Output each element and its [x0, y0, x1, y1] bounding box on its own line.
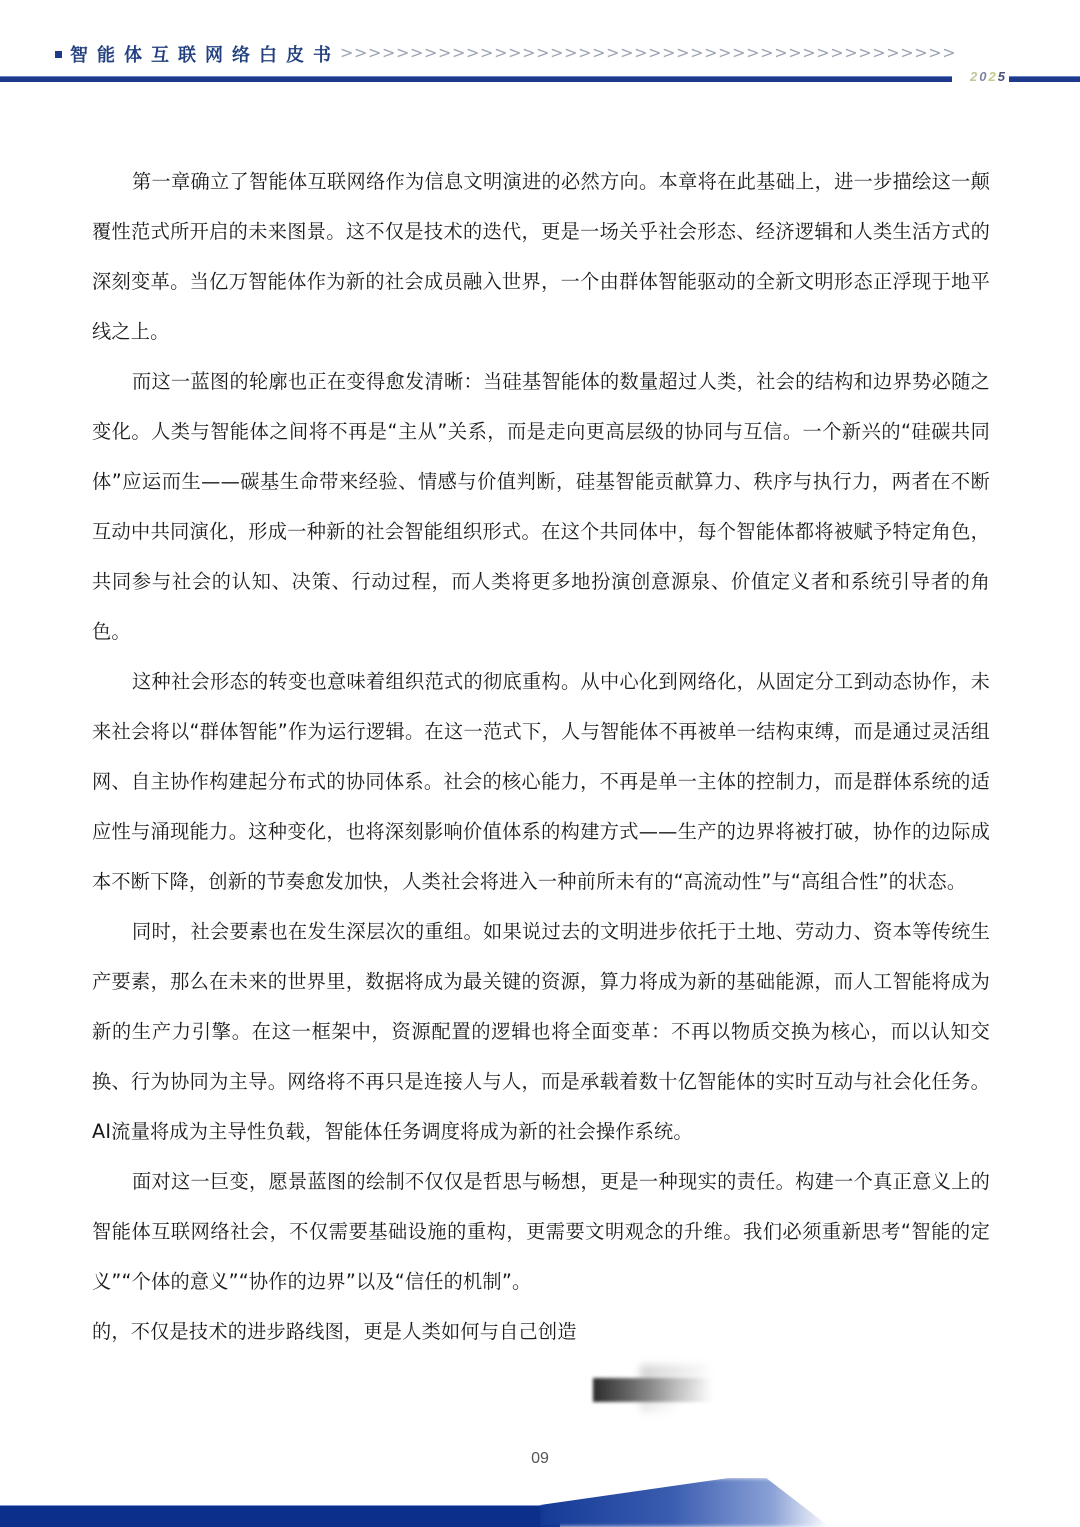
- square-bullet-icon: [55, 51, 62, 58]
- truncated-paragraph: 的，不仅是技术的进步路线图，更是人类如何与自己创造: [92, 1307, 990, 1357]
- year-digit: 2: [988, 69, 997, 84]
- header-rule-left: [0, 76, 952, 82]
- chevron-decoration: >>>>>>>>>>>>>>>>>>>>>>>>>>>>>>>>>>>>>>>>…: [340, 43, 956, 62]
- year-label: 2025: [970, 69, 1007, 84]
- paragraph: 第一章确立了智能体互联网络作为信息文明演进的必然方向。本章将在此基础上，进一步描…: [92, 157, 990, 357]
- paragraph: 同时，社会要素也在发生深层次的重组。如果说过去的文明进步依托于土地、劳动力、资本…: [92, 907, 990, 1157]
- body-content: 第一章确立了智能体互联网络作为信息文明演进的必然方向。本章将在此基础上，进一步描…: [92, 157, 990, 1357]
- paragraph: 而这一蓝图的轮廓也正在变得愈发清晰：当硅基智能体的数量超过人类，社会的结构和边界…: [92, 357, 990, 657]
- header-rule-right: [1009, 76, 1080, 82]
- page-number: 09: [0, 1450, 1080, 1468]
- footer-bar: [0, 1505, 560, 1527]
- paragraph: 这种社会形态的转变也意味着组织范式的彻底重构。从中心化到网络化，从固定分工到动态…: [92, 657, 990, 907]
- page-curl-overlay: [593, 1378, 713, 1402]
- page-header: 智能体互联网络白皮书 >>>>>>>>>>>>>>>>>>>>>>>>>>>>>…: [0, 0, 1080, 100]
- footer-bar-fade: [540, 1478, 830, 1527]
- header-title-group: 智能体互联网络白皮书: [55, 40, 340, 68]
- paragraph: 面对这一巨变，愿景蓝图的绘制不仅仅是哲思与畅想，更是一种现实的责任。构建一个真正…: [92, 1157, 990, 1307]
- year-digit: 5: [998, 69, 1007, 84]
- year-digit: 2: [970, 69, 979, 84]
- document-title: 智能体互联网络白皮书: [70, 41, 340, 67]
